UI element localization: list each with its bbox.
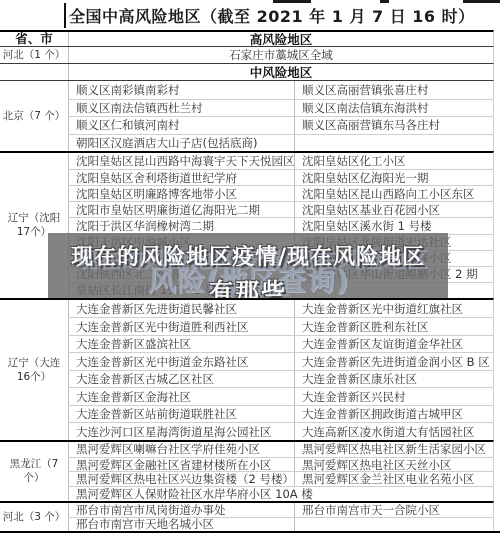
table-row: 大连金普新区光中街道胜利西社区大连金普新区胜利东社区 xyxy=(68,317,493,335)
overlay-caption-line2: 有那些 xyxy=(48,272,448,298)
table-row: 沈阳市皇姑区明廉街道亿海阳光二期沈阳皇姑区基业百花园小区 xyxy=(68,201,493,217)
area-cell-right: 大连金普新区拥政街道古城甲区 xyxy=(295,406,493,423)
area-cell-right: 顺义区高丽营镇张喜庄村 xyxy=(295,81,493,99)
area-cell-left: 邢台市南宫市凤岗街道办事处 xyxy=(68,503,295,517)
area-cell-right: 大连金普新区胜利东社区 xyxy=(295,318,493,335)
table-row: 邢台市南宫市凤岗街道办事处邢台市南宫市天一合院小区 xyxy=(68,503,493,517)
area-cell-left: 邢台市南宫市天地名城小区 xyxy=(68,518,295,531)
province-label: 辽宁（大连 16个） xyxy=(0,300,68,440)
area-cell: 黑河爱辉区人保财险社区水岸华府小区 10A 楼 xyxy=(68,487,493,501)
area-cell-right: 沈阳皇姑区化工小区 xyxy=(295,153,493,169)
table-row: 黑河爱辉区人保财险社区水岸华府小区 10A 楼 xyxy=(68,486,493,501)
province-label: 河北（3 个） xyxy=(0,503,68,531)
table-row: 沈阳皇姑区明廉路博客地带小区沈阳皇姑区昆山西路向工小区东区 xyxy=(68,185,493,201)
area-cell-left: 沈阳皇姑区昆山西路中海寰宇天下天悦园区 xyxy=(68,153,295,169)
area-cell-right: 沈阳皇姑区亿海阳光一期 xyxy=(295,170,493,185)
table-row: 沈阳于洪区华润橡树湾二期沈阳皇姑区溪水街 1 号楼 xyxy=(68,217,493,233)
area-cell-left: 沈阳皇姑区明廉路博客地带小区 xyxy=(68,186,295,201)
area-cell-left: 大连金普新区光中街道胜利西社区 xyxy=(68,318,295,335)
area-cell-right: 顺义区南法信镇东海洪村 xyxy=(295,100,493,117)
area-cell-left: 黑河爱辉区喇嘛台社区学府佳苑小区 xyxy=(68,442,295,457)
high-risk-area: 石家庄市藁城区全域 xyxy=(68,47,493,63)
overlay-caption-line1: 现在的风险地区疫情/现在风险地区 xyxy=(48,240,448,271)
area-cell-left: 顺义区南法信镇西杜兰村 xyxy=(68,100,295,117)
area-cell-right xyxy=(295,518,493,531)
province-label: 北京（7 个） xyxy=(0,81,68,151)
area-cell-left: 沈阳皇姑区舍利塔街道世纪学府 xyxy=(68,170,295,185)
area-cell-left: 顺义区仁和镇河南村 xyxy=(68,117,295,134)
watermark-overlay: 风险(地区查询) 现在的风险地区疫情/现在风险地区 有那些 xyxy=(48,233,448,298)
area-cell-right: 大连金普新区先进街道金润小区 B 区 xyxy=(295,353,493,370)
area-cell-right: 顺义区高丽营镇东马各庄村 xyxy=(295,117,493,134)
table-row: 邢台市南宫市天地名城小区 xyxy=(68,517,493,531)
table-row: 顺义区南彩镇南彩村顺义区高丽营镇张喜庄村 xyxy=(68,81,493,99)
area-cell-left: 大连金普新区站前街道联胜社区 xyxy=(68,406,295,423)
area-cell-left: 大连金普新区盛滨社区 xyxy=(68,336,295,353)
table-bottom-border xyxy=(0,531,500,533)
province-label: 黑龙江（7 个） xyxy=(0,442,68,501)
table-row: 黑河爱辉区喇嘛台社区学府佳苑小区黑河爱辉区热电社区新生活家园小区 xyxy=(68,442,493,457)
area-cell-left: 大连金普新区古城乙区社区 xyxy=(68,371,295,388)
table-row: 大连金普新区光中街道金东路社区大连金普新区先进街道金润小区 B 区 xyxy=(68,352,493,370)
table-row: 大连金普新区站前街道联胜社区大连金普新区拥政街道古城甲区 xyxy=(68,405,493,423)
province-label: 河北（1 个） xyxy=(0,47,68,63)
table-row: 沈阳皇姑区昆山西路中海寰宇天下天悦园区沈阳皇姑区化工小区 xyxy=(68,153,493,169)
province-section: 北京（7 个）顺义区南彩镇南彩村顺义区高丽营镇张喜庄村顺义区南法信镇西杜兰村顺义… xyxy=(0,81,494,151)
province-column-header: 省、市 xyxy=(0,32,68,46)
high-risk-row: 河北（1 个） 石家庄市藁城区全域 xyxy=(0,47,494,64)
area-cell-right xyxy=(295,135,493,152)
table-row: 大连金普新区金海社区大连金普新区兴民村 xyxy=(68,387,493,405)
table-row: 大连金普新区先进街道民馨社区大连金普新区光中街道红旗社区 xyxy=(68,300,493,318)
page-title: 全国中高风险地区（截至 2021 年 1 月 7 日 16 时） xyxy=(69,4,475,27)
table-row: 朝阳区汉庭酒店大山子店(包括底商) xyxy=(68,134,493,152)
table-row: 黑河爱辉区热电社区兴边集资楼（2 号楼）黑河爱辉区金兰社区电业名苑小区 xyxy=(68,471,493,486)
table-row: 沈阳皇姑区舍利塔街道世纪学府沈阳皇姑区亿海阳光一期 xyxy=(68,169,493,185)
area-cell-left: 沈阳于洪区华润橡树湾二期 xyxy=(68,218,295,233)
area-cell-right: 黑河爱辉区金兰社区电业名苑小区 xyxy=(295,472,493,486)
area-cell-left: 大连沙河口区星海湾街道星海公园社区 xyxy=(68,423,295,440)
table-row: 黑河爱辉区金融社区省建材楼所在小区黑河爱辉区热电社区天丝小区 xyxy=(68,457,493,472)
area-cell-right: 大连高新区凌水街道大有恬园社区 xyxy=(295,423,493,440)
province-section: 黑龙江（7 个）黑河爱辉区喇嘛台社区学府佳苑小区黑河爱辉区热电社区新生活家园小区… xyxy=(0,440,494,501)
area-cell-left: 朝阳区汉庭酒店大山子店(包括底商) xyxy=(68,135,295,152)
province-section: 河北（3 个）邢台市南宫市凤岗街道办事处邢台市南宫市天一合院小区邢台市南宫市天地… xyxy=(0,501,494,531)
mid-risk-header-row: 中风险地区 xyxy=(0,64,494,81)
area-cell-left: 黑河爱辉区热电社区兴边集资楼（2 号楼） xyxy=(68,472,295,486)
area-cell-right: 大连金普新区友谊街道金华社区 xyxy=(295,336,493,353)
area-cell-right: 大连金普新区兴民村 xyxy=(295,388,493,405)
title-row: 全国中高风险地区（截至 2021 年 1 月 7 日 16 时） xyxy=(0,0,500,30)
table-row: 大连金普新区盛滨社区大连金普新区友谊街道金华社区 xyxy=(68,335,493,353)
area-cell-right: 黑河爱辉区热电社区新生活家园小区 xyxy=(295,442,493,457)
table-row: 顺义区仁和镇河南村顺义区高丽营镇东马各庄村 xyxy=(68,116,493,134)
area-cell-right: 大连金普新区康乐社区 xyxy=(295,371,493,388)
high-risk-header: 高风险地区 xyxy=(68,32,493,46)
area-cell-right: 黑河爱辉区热电社区天丝小区 xyxy=(295,458,493,472)
province-section: 辽宁（大连 16个）大连金普新区先进街道民馨社区大连金普新区光中街道红旗社区大连… xyxy=(0,298,494,440)
text-cursor xyxy=(64,3,66,28)
area-cell-left: 黑河爱辉区金融社区省建材楼所在小区 xyxy=(68,458,295,472)
area-cell-right: 沈阳皇姑区溪水街 1 号楼 xyxy=(295,218,493,233)
area-cell-left: 大连金普新区光中街道金东路社区 xyxy=(68,353,295,370)
area-cell-left: 沈阳市皇姑区明廉街道亿海阳光二期 xyxy=(68,202,295,217)
table-row: 大连金普新区古城乙区社区大连金普新区康乐社区 xyxy=(68,370,493,388)
area-cell-left: 大连金普新区金海社区 xyxy=(68,388,295,405)
mid-risk-sections: 北京（7 个）顺义区南彩镇南彩村顺义区高丽营镇张喜庄村顺义区南法信镇西杜兰村顺义… xyxy=(0,81,500,531)
area-cell-right: 大连金普新区光中街道红旗社区 xyxy=(295,300,493,318)
area-cell-left: 顺义区南彩镇南彩村 xyxy=(68,81,295,99)
mid-risk-header: 中风险地区 xyxy=(68,64,493,80)
empty-province-cell xyxy=(0,64,68,80)
area-cell-right: 沈阳皇姑区基业百花园小区 xyxy=(295,202,493,217)
area-cell-right: 沈阳皇姑区昆山西路向工小区东区 xyxy=(295,186,493,201)
area-cell-right: 邢台市南宫市天一合院小区 xyxy=(295,503,493,517)
area-cell-left: 大连金普新区先进街道民馨社区 xyxy=(68,300,295,318)
table-header-row: 省、市 高风险地区 xyxy=(0,30,494,47)
table-row: 顺义区南法信镇西杜兰村顺义区南法信镇东海洪村 xyxy=(68,99,493,117)
table-row: 大连沙河口区星海湾街道星海公园社区大连高新区凌水街道大有恬园社区 xyxy=(68,422,493,440)
